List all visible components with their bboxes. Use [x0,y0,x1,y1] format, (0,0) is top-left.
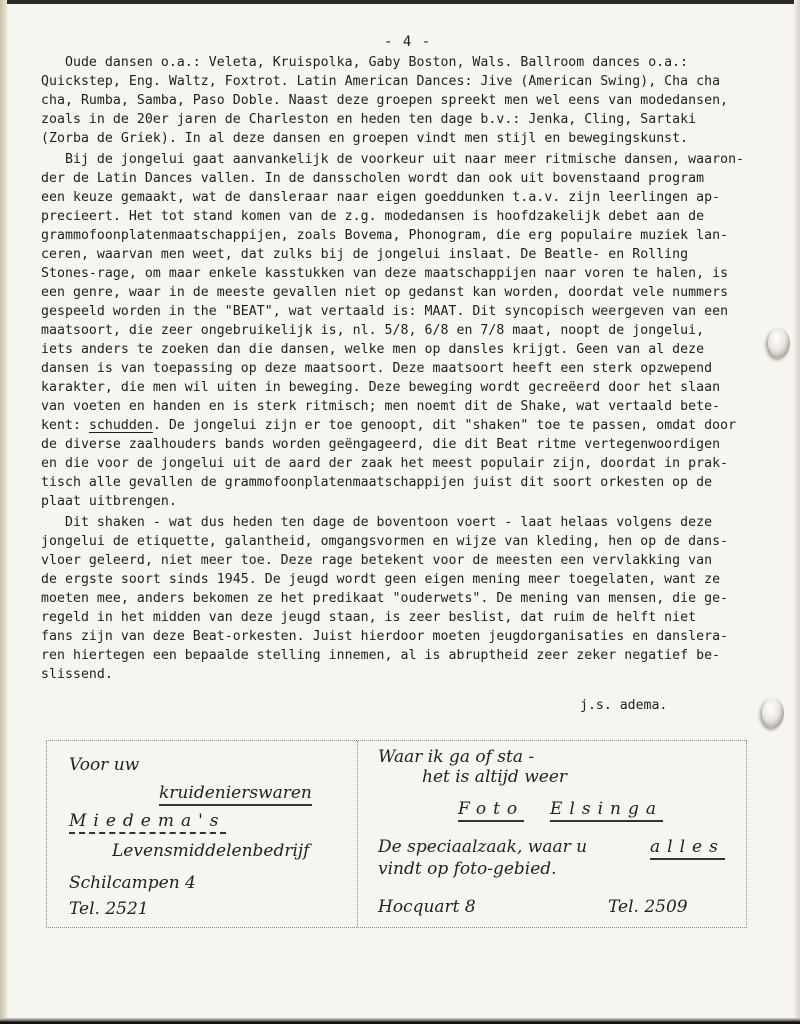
page-number: - 4 - [384,34,431,50]
text-line: gespeeld worden in the "BEAT", wat verta… [41,302,781,321]
text-line: karakter, die men wil uiten in beweging.… [41,378,781,397]
ad-left-shop-name: Miedema's [69,811,226,834]
ad-elsinga: Waar ik ga of sta - het is altijd weer F… [358,741,746,927]
text-line: precieert. Het tot stand komen van de z.… [41,207,781,226]
text-line: vloer geleerd, niet meer toe. Deze rage … [41,551,781,570]
text-line: dansen is van toepassing op deze maatsoo… [41,359,781,378]
text-line: kent: schudden. De jongelui zijn er toe … [41,416,781,435]
text-line: zoals in de 20er jaren de Charleston en … [41,110,781,129]
text-line: van voeten en handen en is sterk ritmisc… [41,397,781,416]
page-right-edge [794,0,800,1024]
text-line: slissend. [41,665,781,684]
page-bottom-edge [0,1018,800,1024]
article-body: Oude dansen o.a.: Veleta, Kruispolka, Ga… [41,53,781,686]
text-line: regeld in het midden van deze jeugd staa… [41,608,781,627]
text-line: (Zorba de Griek). In al deze dansen en g… [41,129,781,148]
ad-right-address: Hocquart 8 [378,897,476,917]
text-line: en die voor de jongelui uit de aard der … [41,454,781,473]
ad-left-product: kruidenierswaren [159,783,312,806]
ad-right-intro: Waar ik ga of sta - [378,747,534,767]
text-line: Bij de jongelui gaat aanvankelijk de voo… [41,150,781,169]
punch-hole [762,698,784,728]
ad-right-tagline-2: vindt op foto-gebied. [378,859,557,879]
text-line: jongelui de etiquette, galantheid, omgan… [41,532,781,551]
text-line: ceren, waarvan men weet, dat zulks bij d… [41,245,781,264]
underlined-word: schudden [89,418,153,433]
text-line: Dit shaken - wat dus heden ten dage de b… [41,513,781,532]
text-line: der de Latin Dances vallen. In de danssc… [41,169,781,188]
author-signature: j.s. adema. [580,698,667,713]
text-line: grammofoonplatenmaatschappijen, zoals Bo… [41,226,781,245]
advertisements-box: Voor uw kruidenierswaren Miedema's Leven… [46,740,747,928]
article-paragraph: Dit shaken - wat dus heden ten dage de b… [41,513,781,684]
text-line: een keuze gemaakt, wat de dansleraar naa… [41,188,781,207]
text-line: plaat uitbrengen. [41,492,781,511]
ad-right-intro-2: het is altijd weer [422,767,567,787]
punch-hole [768,328,790,358]
text-line: de ergste soort sinds 1945. De jeugd wor… [41,570,781,589]
text-line: fans zijn van deze Beat-orkesten. Juist … [41,627,781,646]
ad-miedema: Voor uw kruidenierswaren Miedema's Leven… [47,741,358,927]
ad-left-address: Schilcampen 4 [69,873,196,893]
text-line: moeten mee, anders bekomen ze het predik… [41,589,781,608]
ad-right-shop-name-1: Foto [458,799,524,822]
text-line: Quickstep, Eng. Waltz, Foxtrot. Latin Am… [41,72,781,91]
ad-left-phone: Tel. 2521 [69,899,149,919]
text-line: een genre, waar in de meeste gevallen ni… [41,283,781,302]
text-line: ren hiertegen een bepaalde stelling inne… [41,646,781,665]
text-line: Stones-rage, om maar enkele kasstukken v… [41,264,781,283]
ad-right-phone: Tel. 2509 [608,897,688,917]
article-paragraph: Bij de jongelui gaat aanvankelijk de voo… [41,150,781,511]
text-line: cha, Rumba, Samba, Paso Doble. Naast dez… [41,91,781,110]
article-paragraph: Oude dansen o.a.: Veleta, Kruispolka, Ga… [41,53,781,148]
page-top-edge [0,0,800,4]
text-line: tisch alle gevallen de grammofoonplatenm… [41,473,781,492]
ad-right-tagline-emphasis: alles [650,837,725,860]
text-line: maatsoort, die zeer ongebruikelijk is, n… [41,321,781,340]
text-line: Oude dansen o.a.: Veleta, Kruispolka, Ga… [41,53,781,72]
text-line: de diverse zaalhouders bands worden geën… [41,435,781,454]
ad-right-shop-name-2: Elsinga [550,799,663,822]
text-line: iets anders te zoeken dan die dansen, we… [41,340,781,359]
ad-right-tagline: De speciaalzaak, waar u [378,837,587,857]
page-left-edge [0,0,7,1024]
ad-left-intro: Voor uw [69,755,139,775]
ad-left-subtitle: Levensmiddelenbedrijf [112,841,309,861]
